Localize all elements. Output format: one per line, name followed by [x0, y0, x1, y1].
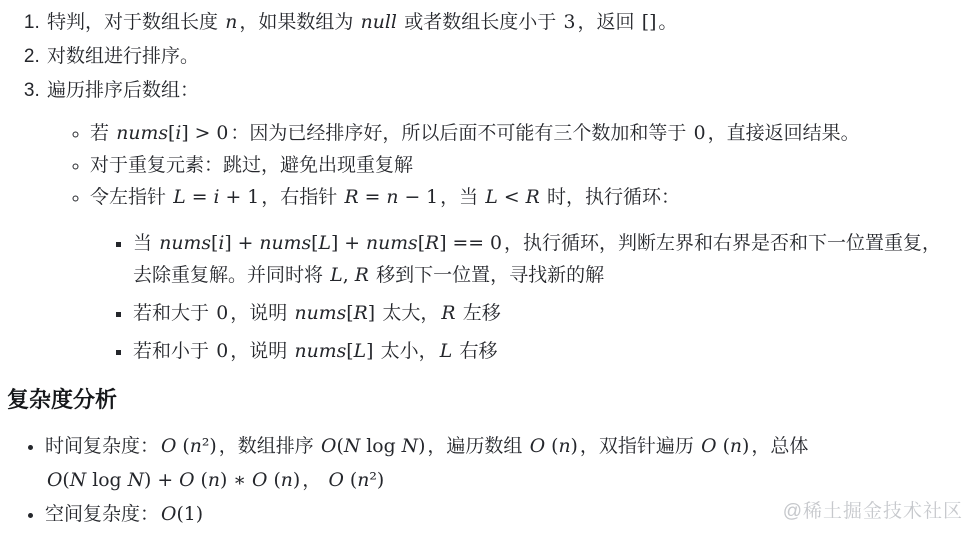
math-inline: L	[438, 341, 454, 362]
complexity-heading: 复杂度分析	[7, 386, 957, 414]
text-run: 太小，	[375, 341, 437, 362]
math-inline: O (n²)	[159, 436, 219, 457]
step-item: 时间复杂度：O (n²)，数组排序 O(N log N)，遍历数组 O (n)，…	[45, 430, 845, 498]
text-run: 若	[90, 123, 114, 144]
text-run: 。	[658, 12, 677, 33]
text-run: ，数组排序	[219, 436, 319, 457]
text-run: ，如果数组为	[239, 12, 358, 33]
text-run: 移到下一位置，寻找新的解	[371, 265, 604, 286]
math-inline: O (n)	[528, 436, 580, 457]
math-inline: []	[640, 12, 659, 33]
sub-list: 当 nums[i] + nums[L] + nums[R] == 0，执行循环，…	[90, 228, 957, 368]
text-run: 当	[133, 233, 157, 254]
math-inline: n	[223, 12, 239, 33]
text-run: ，直接返回结果。	[708, 123, 860, 144]
text-run: ，当	[440, 187, 483, 208]
math-inline: 0	[692, 123, 708, 144]
text-run: 对于重复元素：跳过，避免出现重复解	[90, 155, 413, 176]
math-inline: nums[R]	[293, 303, 378, 324]
text-run: ，右指针	[261, 187, 342, 208]
text-run: 令左指针	[90, 187, 171, 208]
text-run: ，说明	[230, 303, 292, 324]
step-item: 对数组进行排序。	[45, 40, 957, 74]
algorithm-steps-list: 特判，对于数组长度 n，如果数组为 null 或者数组长度小于 3，返回 []。…	[7, 6, 957, 368]
text-run: 遍历排序后数组：	[47, 80, 199, 101]
article-content: 特判，对于数组长度 n，如果数组为 null 或者数组长度小于 3，返回 []。…	[0, 0, 975, 532]
text-run: ：因为已经排序好，所以后面不可能有三个数加和等于	[230, 123, 691, 144]
math-inline: null	[359, 12, 399, 33]
text-run: 若和小于	[133, 341, 214, 362]
step-item: 空间复杂度：O(1)	[45, 498, 845, 532]
text-run: ，总体	[751, 436, 808, 457]
text-run: ，返回	[577, 12, 639, 33]
math-inline: nums[i] + nums[L] + nums[R] == 0	[157, 233, 504, 254]
text-run: ，双指针遍历	[580, 436, 699, 457]
math-inline: O (n)	[699, 436, 751, 457]
sub-item: 若和小于 0，说明 nums[L] 太小，L 右移	[133, 336, 943, 368]
sub-item: 当 nums[i] + nums[L] + nums[R] == 0，执行循环，…	[133, 228, 943, 292]
text-run: 若和大于	[133, 303, 214, 324]
sub-item: 若和大于 0，说明 nums[R] 太大，R 左移	[133, 298, 943, 330]
text-run: ，说明	[230, 341, 292, 362]
text-run: 或者数组长度小于	[399, 12, 562, 33]
step-item: 特判，对于数组长度 n，如果数组为 null 或者数组长度小于 3，返回 []。	[45, 6, 957, 40]
text-run: 特判，对于数组长度	[47, 12, 223, 33]
text-run: 右移	[454, 341, 497, 362]
sub-item: 若 nums[i] > 0：因为已经排序好，所以后面不可能有三个数加和等于 0，…	[90, 118, 957, 150]
math-inline: R = n − 1	[342, 187, 440, 208]
text-run: 时，执行循环：	[542, 187, 680, 208]
text-run: 时间复杂度：	[45, 436, 159, 457]
math-inline: L = i + 1	[171, 187, 261, 208]
watermark: @稀土掘金技术社区	[783, 496, 963, 523]
math-inline: 0	[214, 341, 230, 362]
math-inline: O(N log N)	[319, 436, 427, 457]
math-inline: 3	[561, 12, 577, 33]
math-inline: nums[i] > 0	[114, 123, 230, 144]
math-inline: O(N log N) + O (n) ∗ O (n)	[45, 470, 302, 491]
text-run: 空间复杂度：	[45, 504, 159, 525]
math-inline: nums[L]	[293, 341, 376, 362]
sub-list: 若 nums[i] > 0：因为已经排序好，所以后面不可能有三个数加和等于 0，…	[47, 118, 957, 368]
text-run: 对数组进行排序。	[47, 46, 199, 67]
math-inline: R	[439, 303, 457, 324]
math-inline: L < R	[483, 187, 541, 208]
math-inline: O(1)	[159, 504, 205, 525]
math-inline: L, R	[328, 265, 371, 286]
text-run: ，遍历数组	[427, 436, 527, 457]
step-item: 遍历排序后数组：若 nums[i] > 0：因为已经排序好，所以后面不可能有三个…	[45, 74, 957, 368]
sub-item: 对于重复元素：跳过，避免出现重复解	[90, 150, 957, 182]
sub-item: 令左指针 L = i + 1，右指针 R = n − 1，当 L < R 时，执…	[90, 182, 957, 368]
text-run: ，	[302, 470, 326, 491]
math-inline: O (n²)	[327, 470, 387, 491]
text-run: 左移	[458, 303, 501, 324]
math-inline: 0	[214, 303, 230, 324]
text-run: 太大，	[377, 303, 439, 324]
